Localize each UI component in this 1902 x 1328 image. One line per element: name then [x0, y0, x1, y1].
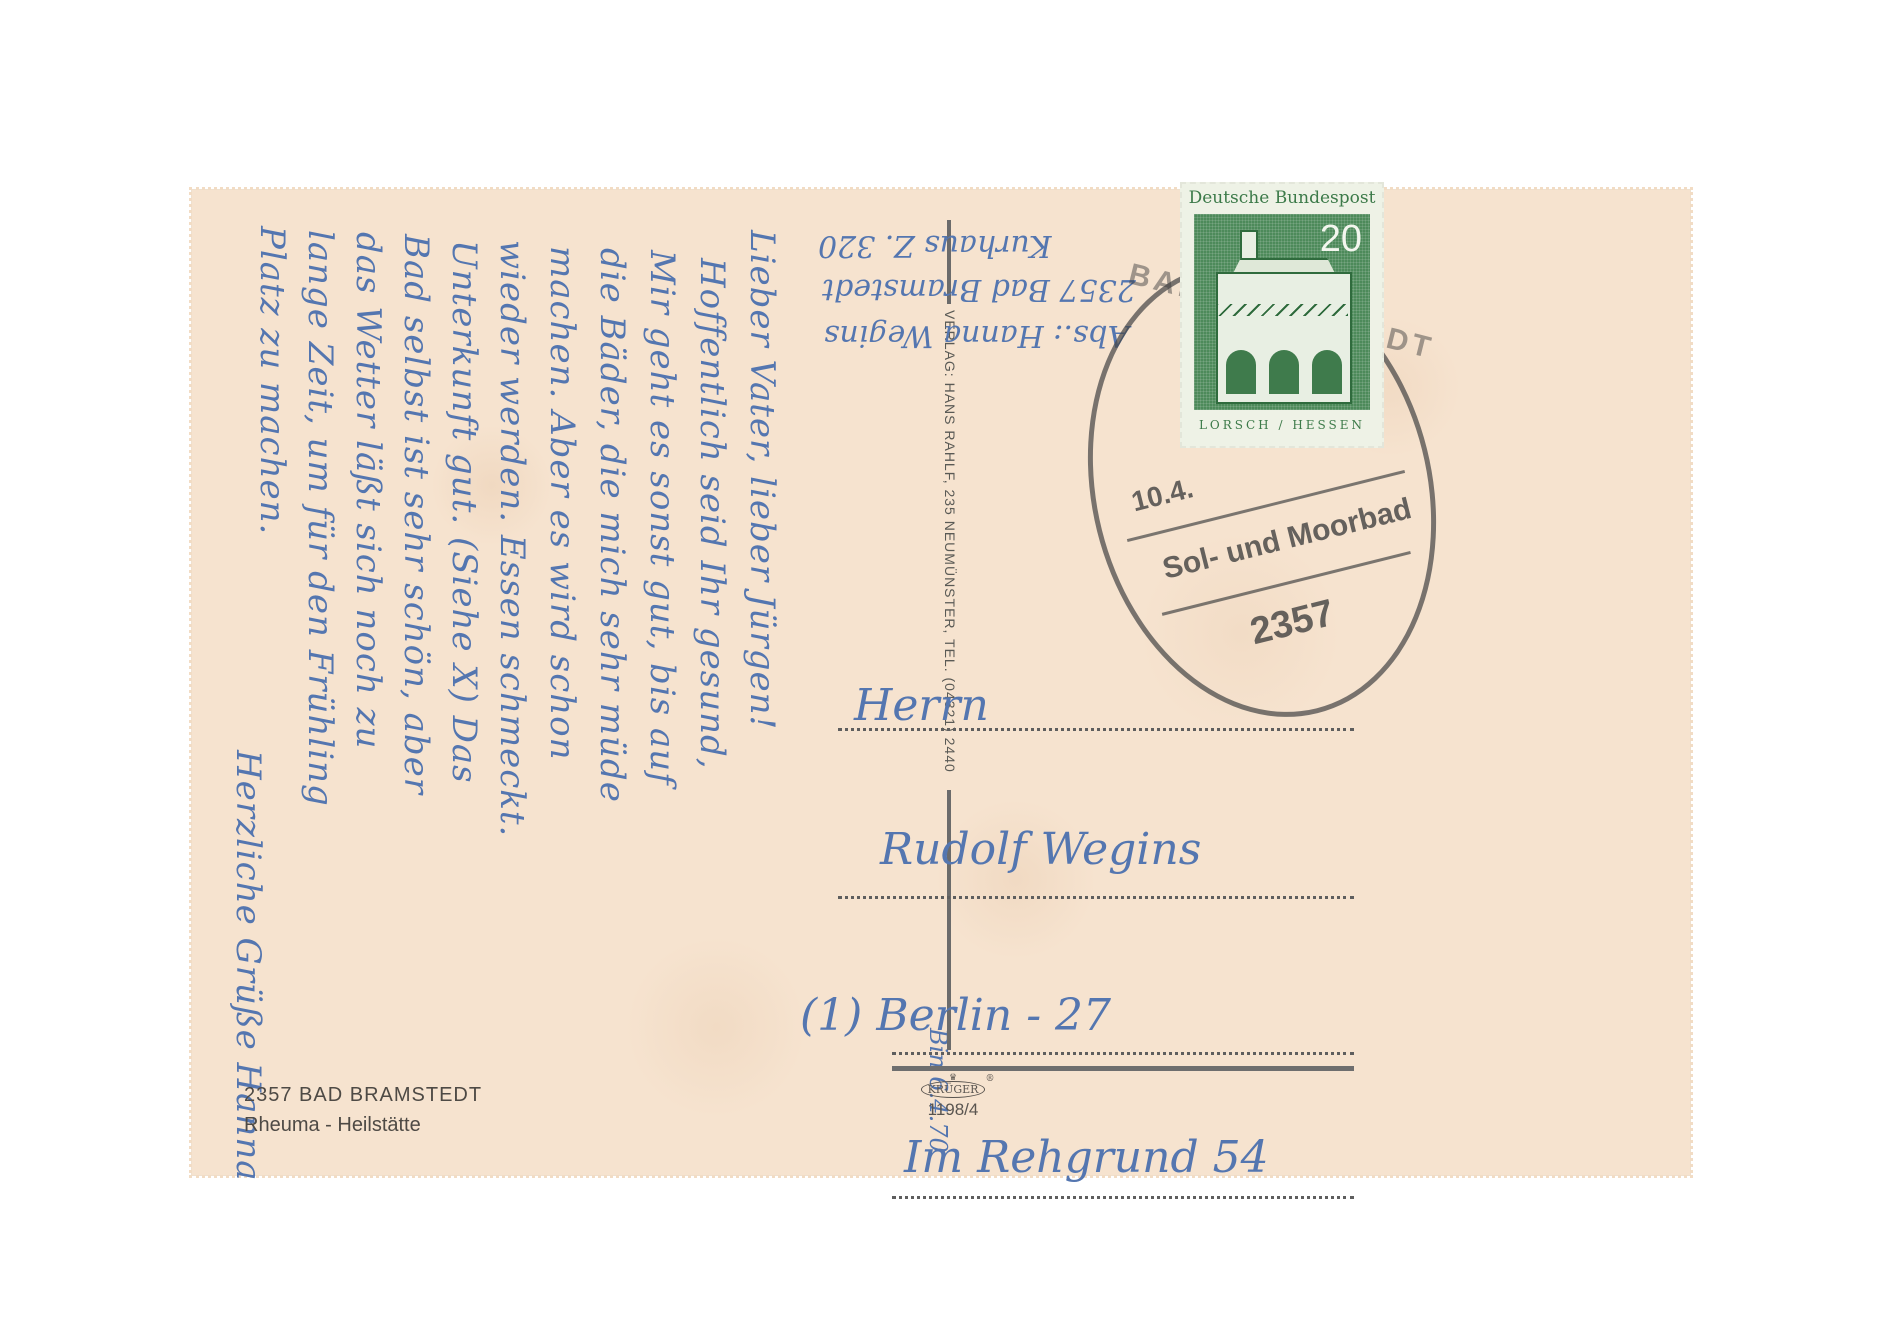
postmark-date: 10.4.: [1128, 472, 1196, 518]
message-line: lange Zeit, um für den Frühling: [300, 230, 340, 807]
registered-icon: ®: [985, 1074, 994, 1084]
card-caption: 2357 BAD BRAMSTEDT Rheuma - Heilstätte: [244, 1080, 482, 1140]
caption-location: 2357 BAD BRAMSTEDT: [244, 1080, 482, 1110]
crown-icon: ♛: [949, 1073, 957, 1083]
publisher-logo: ♛ KRÜGER ® 1198/4: [918, 1080, 988, 1120]
message-line: das Wetter läßt sich noch zu: [348, 232, 388, 749]
message-line: Unterkunft gut. (Siehe X) Das: [444, 240, 484, 784]
stamp-image: 20: [1194, 214, 1370, 410]
address-name: Rudolf Wegins: [880, 824, 1201, 875]
address-street: Im Rehgrund 54: [904, 1132, 1269, 1183]
building-icon: [1216, 272, 1352, 404]
stamp-value: 20: [1320, 218, 1362, 261]
message-line: Platz zu machen.: [252, 226, 292, 535]
message-line: Lieber Vater, lieber Jürgen!: [742, 230, 782, 730]
kruger-logo: ♛ KRÜGER ®: [921, 1081, 986, 1098]
postmark-postcode: 2357: [1246, 592, 1338, 654]
message-line: Bad selbst ist sehr schön, aber: [396, 234, 436, 795]
address-line-1: [838, 728, 1354, 731]
message-line: machen. Aber es wird schon: [542, 246, 582, 761]
stamp-caption: LORSCH / HESSEN: [1182, 418, 1382, 432]
address-city: (1) Berlin - 27: [800, 990, 1111, 1041]
card-number: 1198/4: [918, 1100, 988, 1120]
message-line: die Bäder, die mich sehr müde: [592, 248, 632, 803]
stamp-country: Deutsche Bundespost: [1182, 188, 1382, 208]
postmark-subtitle: Sol- und Moorbad: [1159, 492, 1415, 587]
message-line: Mir geht es sonst gut, bis auf: [642, 250, 682, 786]
address-salutation: Herrn: [854, 680, 989, 731]
message-line: wieder werden. Essen schmeckt.: [492, 240, 532, 837]
sender-line: Abs.: Hanna Wegins: [824, 318, 1129, 353]
address-line-2: [838, 896, 1354, 899]
message-line: Hoffentlich seid Ihr gesund,: [692, 258, 732, 770]
postage-stamp: Deutsche Bundespost 20 LORSCH / HESSEN: [1180, 182, 1384, 448]
address-line-3: [892, 1052, 1354, 1055]
sender-line: 2357 Bad Bramstedt: [822, 272, 1136, 307]
address-line-city-underline: [892, 1066, 1354, 1071]
sender-line: Kurhaus Z. 320: [818, 228, 1052, 263]
postcard-back: Lieber Vater, lieber Jürgen! Hoffentlich…: [192, 190, 1690, 1175]
address-line-4: [892, 1196, 1354, 1199]
caption-subtitle: Rheuma - Heilstätte: [244, 1110, 482, 1140]
